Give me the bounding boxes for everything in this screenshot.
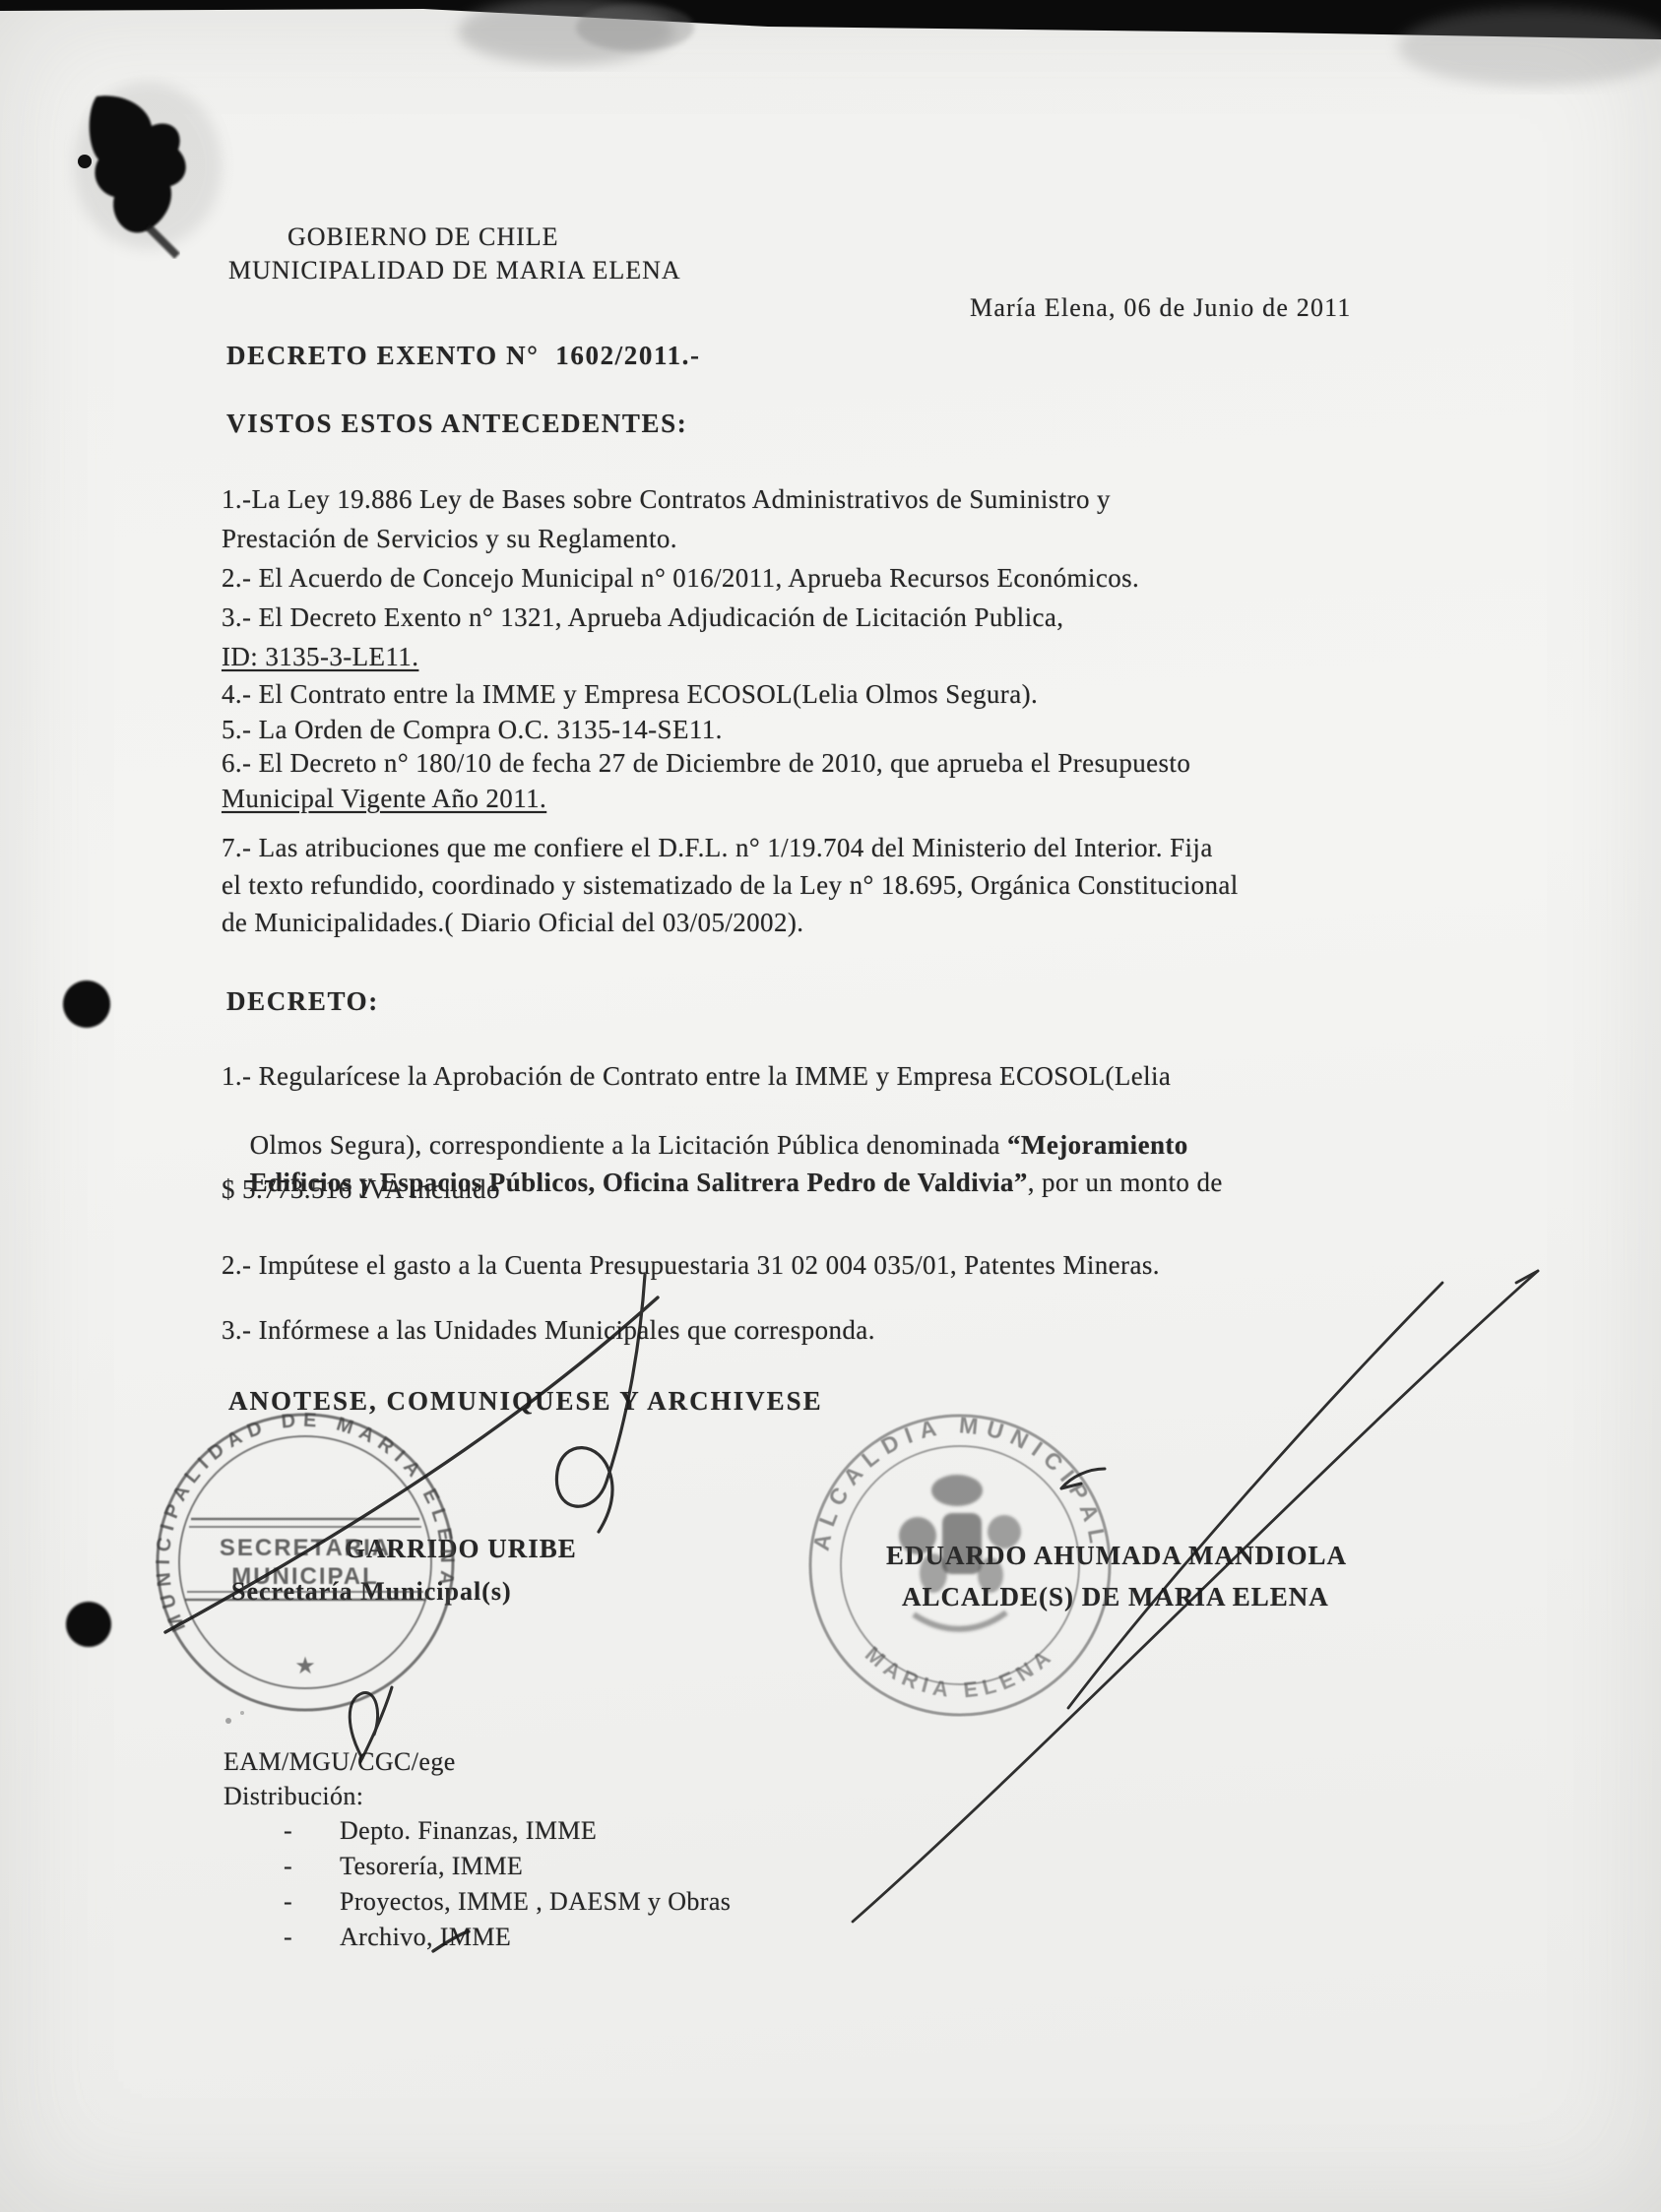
right-stamp-bottom-arc-text: MARIA ELENA	[861, 1641, 1059, 1702]
right-signature-second-stroke	[1068, 1283, 1442, 1708]
right-signature-stroke-hook	[1516, 1271, 1538, 1283]
dateline: María Elena, 06 de Junio de 2011	[970, 293, 1352, 323]
antecedent-line: Municipal Vigente Año 2011.	[222, 784, 546, 814]
punch-hole-dot	[63, 980, 110, 1028]
pen-strokes	[165, 1271, 1538, 1951]
corner-smudge	[1398, 8, 1661, 87]
pen-arrow-mark	[1061, 1469, 1105, 1488]
fingerprint-smudge	[458, 0, 674, 65]
antecedent-line: 4.- El Contrato entre la IMME y Empresa …	[222, 679, 1038, 710]
distribution-bullet: -	[284, 1816, 292, 1846]
scanned-decree-page: GOBIERNO DE CHILE MUNICIPALIDAD DE MARIA…	[0, 0, 1661, 2212]
antecedent-line: 7.- Las atribuciones que me confiere el …	[222, 833, 1213, 863]
antecedent-line: 3.- El Decreto Exento n° 1321, Aprueba A…	[222, 602, 1063, 633]
punch-hole-dot	[66, 1602, 111, 1647]
svg-text:MARIA ELENA: MARIA ELENA	[861, 1641, 1059, 1702]
antecedent-line: 1.-La Ley 19.886 Ley de Bases sobre Cont…	[222, 484, 1111, 515]
left-signatory-title: Secretaría Municipal(s)	[231, 1577, 512, 1607]
antecedent-line: de Municipalidades.( Diario Oficial del …	[222, 908, 803, 938]
decreto-item1-line1: 1.- Regularícese la Aprobación de Contra…	[222, 1061, 1171, 1092]
distribution-bullet: -	[284, 1887, 292, 1917]
distribution-bullet: -	[284, 1923, 292, 1952]
decreto-item1-line4: $ 5.773.516 IVA incluido	[222, 1174, 500, 1205]
antecedent-line: 2.- El Acuerdo de Concejo Municipal n° 0…	[222, 563, 1139, 594]
ink-halo	[74, 82, 222, 249]
antecedent-line: Prestación de Servicios y su Reglamento.	[222, 524, 677, 554]
distribution-bullet: -	[284, 1852, 292, 1881]
torn-corner-tail	[148, 226, 177, 256]
responsibility-initials: EAM/MGU/CGC/ege	[224, 1747, 456, 1777]
torn-corner-ink-blob	[90, 95, 186, 232]
distribution-item: Depto. Finanzas, IMME	[340, 1816, 597, 1846]
distribution-item: Archivo, IMME	[340, 1923, 511, 1952]
antecedent-line: 6.- El Decreto n° 180/10 de fecha 27 de …	[222, 748, 1190, 779]
antecedent-line-id: ID: 3135-3-LE11.	[222, 642, 418, 672]
fingerprint-smudge	[576, 4, 694, 51]
letterhead-line1: GOBIERNO DE CHILE	[287, 222, 559, 252]
paper-speck	[225, 1718, 231, 1724]
vistos-heading: VISTOS ESTOS ANTECEDENTES:	[226, 409, 687, 439]
left-signatory-name: GARRIDO URIBE	[345, 1534, 577, 1564]
closing-formula: ANOTESE, COMUNIQUESE Y ARCHIVESE	[228, 1386, 823, 1417]
decreto-item2: 2.- Impútese el gasto a la Cuenta Presup…	[222, 1250, 1160, 1281]
right-signatory-title: ALCALDE(S) DE MARIA ELENA	[902, 1582, 1329, 1612]
decree-title: DECRETO EXENTO N° 1602/2011.-	[226, 341, 701, 371]
distribution-item: Proyectos, IMME , DAESM y Obras	[340, 1887, 731, 1917]
antecedent-line: 5.- La Orden de Compra O.C. 3135-14-SE11…	[222, 715, 723, 745]
star-icon: ★	[294, 1654, 316, 1679]
letterhead-line2: MUNICIPALIDAD DE MARIA ELENA	[228, 256, 681, 285]
ink-dot	[78, 155, 92, 168]
right-stamp-top-arc-text: ALCALDIA MUNICIPAL	[808, 1412, 1113, 1552]
svg-text:ALCALDIA MUNICIPAL: ALCALDIA MUNICIPAL	[808, 1412, 1113, 1552]
distribution-item: Tesorería, IMME	[340, 1852, 523, 1881]
paper-speck	[240, 1711, 244, 1715]
distribution-heading: Distribución:	[224, 1782, 363, 1811]
decreto-item1-line3-normal: , por un monto de	[1028, 1168, 1223, 1197]
antecedent-line: el texto refundido, coordinado y sistema…	[222, 870, 1239, 901]
right-signatory-name: EDUARDO AHUMADA MANDIOLA	[886, 1541, 1347, 1571]
decreto-heading: DECRETO:	[226, 986, 379, 1017]
decreto-item3: 3.- Infórmese a las Unidades Municipales…	[222, 1315, 875, 1346]
scanner-edge-strip	[0, 0, 1661, 39]
